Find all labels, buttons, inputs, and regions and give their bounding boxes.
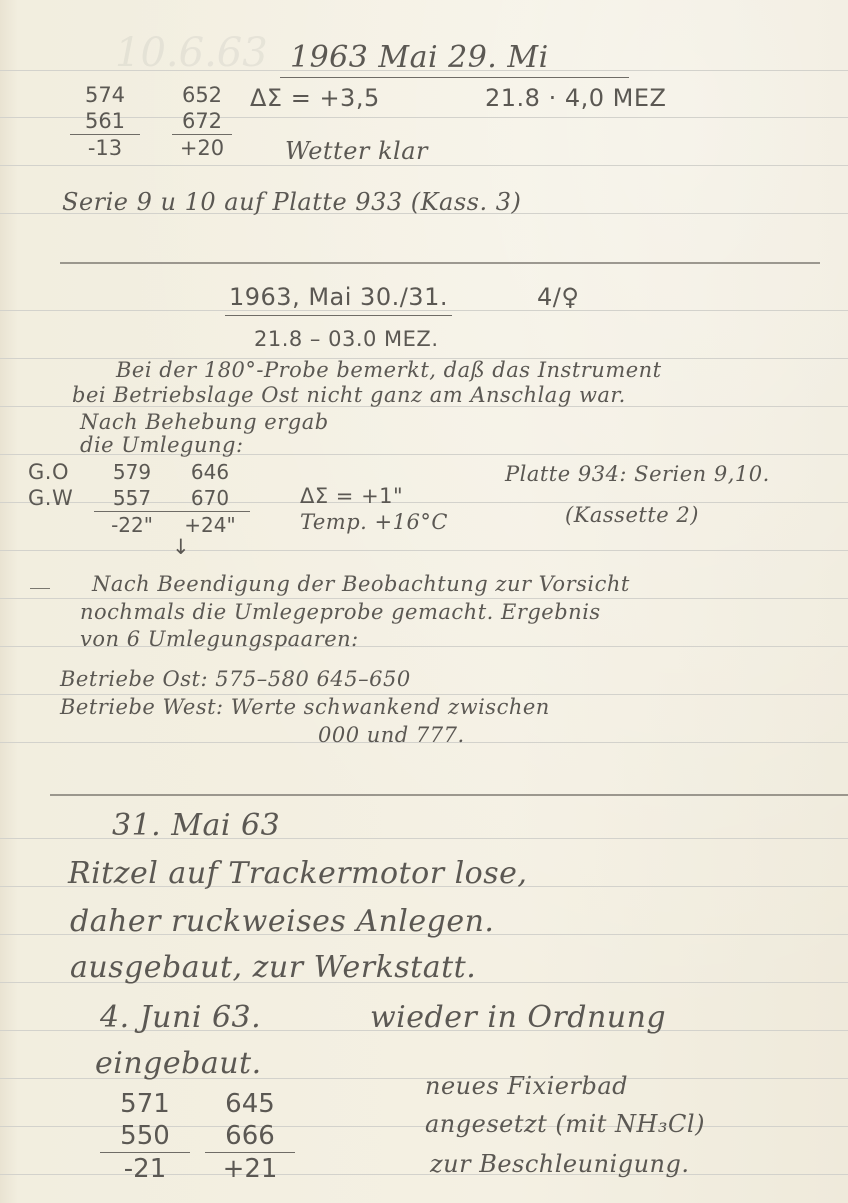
reading-value: 550 bbox=[100, 1120, 190, 1152]
ruled-line bbox=[0, 165, 848, 166]
section-divider bbox=[50, 794, 848, 796]
section-divider bbox=[60, 262, 820, 264]
reading-value: 557 bbox=[94, 485, 170, 511]
reading-difference: +20 bbox=[172, 134, 232, 161]
plate-note: Platte 934: Serien 9,10. bbox=[505, 462, 770, 486]
entry-heading: 31. Mai 63 bbox=[112, 808, 280, 843]
weather-note: Wetter klar bbox=[285, 137, 428, 165]
reading-value: 670 bbox=[170, 485, 250, 511]
reading-value: 579 bbox=[94, 459, 170, 485]
entry-line: daher ruckweises Anlegen. bbox=[70, 904, 494, 939]
reading-value: 571 bbox=[100, 1088, 190, 1120]
reading-value: 574 bbox=[70, 82, 140, 108]
temperature-note: Temp. +16°C bbox=[300, 510, 448, 534]
result-line: Betriebe West: Werte schwankend zwischen bbox=[60, 695, 550, 719]
reading-difference: -21 bbox=[100, 1152, 190, 1185]
row-label-ost: G.O bbox=[28, 460, 69, 484]
paragraph-line: von 6 Umlegungspaaren: bbox=[80, 627, 359, 651]
plate-note: Serie 9 u 10 auf Platte 933 (Kass. 3) bbox=[62, 188, 521, 216]
observation-time: 21.8 · 4,0 MEZ bbox=[485, 84, 666, 112]
paragraph-line: Nach Beendigung der Beobachtung zur Vors… bbox=[92, 572, 630, 596]
result-line: 000 und 777. bbox=[318, 723, 465, 747]
moon-phase-symbol: 4/♀ bbox=[537, 283, 579, 311]
reading-value: 666 bbox=[205, 1120, 295, 1152]
reading-column: 574 561 -13 bbox=[70, 82, 140, 161]
reading-column: 579 557 -22" bbox=[94, 459, 170, 538]
reading-column: 571 550 -21 bbox=[100, 1088, 190, 1185]
reading-value: 652 bbox=[172, 82, 232, 108]
down-arrow: ↓ bbox=[172, 535, 190, 559]
cassette-note: (Kassette 2) bbox=[565, 503, 699, 527]
reading-difference: +24" bbox=[170, 511, 250, 538]
entry-line: Ritzel auf Trackermotor lose, bbox=[68, 856, 527, 891]
reading-value: 646 bbox=[170, 459, 250, 485]
reading-difference: -13 bbox=[70, 134, 140, 161]
logbook-page: 10.6.63 1963 Mai 29. Mi 574 561 -13 652 … bbox=[0, 0, 848, 1203]
reading-column: 645 666 +21 bbox=[205, 1088, 295, 1185]
entry-heading: 1963 Mai 29. Mi bbox=[280, 40, 629, 78]
side-note-line: neues Fixierbad bbox=[425, 1072, 628, 1100]
entry-line: eingebaut. bbox=[95, 1046, 262, 1081]
side-note-line: angesetzt (mit NH₃Cl) bbox=[425, 1110, 705, 1138]
paragraph-line: Nach Behebung ergab bbox=[80, 410, 329, 434]
reading-value: 672 bbox=[172, 108, 232, 134]
paragraph-line: nochmals die Umlegeprobe gemacht. Ergebn… bbox=[80, 600, 601, 624]
bleed-through-text: 10.6.63 bbox=[115, 30, 268, 76]
delta-value: ΔΣ = +1" bbox=[300, 484, 403, 508]
ruled-line bbox=[0, 598, 848, 599]
paragraph-line: bei Betriebslage Ost nicht ganz am Ansch… bbox=[72, 383, 626, 407]
side-note-line: zur Beschleunigung. bbox=[430, 1150, 690, 1178]
observation-time: 21.8 – 03.0 MEZ. bbox=[254, 327, 439, 351]
reading-difference: +21 bbox=[205, 1152, 295, 1185]
paragraph-line: die Umlegung: bbox=[80, 433, 244, 457]
entry-line: wieder in Ordnung bbox=[370, 1000, 666, 1035]
reading-value: 561 bbox=[70, 108, 140, 134]
delta-value: ΔΣ = +3,5 bbox=[250, 84, 380, 112]
reading-difference: -22" bbox=[94, 511, 170, 538]
entry-line: ausgebaut, zur Werkstatt. bbox=[70, 950, 476, 985]
paragraph-line: Bei der 180°-Probe bemerkt, daß das Inst… bbox=[116, 358, 662, 382]
reading-column: 652 672 +20 bbox=[172, 82, 232, 161]
row-label-west: G.W bbox=[28, 486, 73, 510]
entry-heading: 4. Juni 63. bbox=[100, 1000, 261, 1035]
reading-value: 645 bbox=[205, 1088, 295, 1120]
margin-dash bbox=[30, 588, 50, 589]
ruled-line bbox=[0, 550, 848, 551]
entry-heading: 1963, Mai 30./31. bbox=[225, 283, 452, 316]
reading-column: 646 670 +24" bbox=[170, 459, 250, 538]
result-line: Betriebe Ost: 575–580 645–650 bbox=[60, 667, 411, 691]
